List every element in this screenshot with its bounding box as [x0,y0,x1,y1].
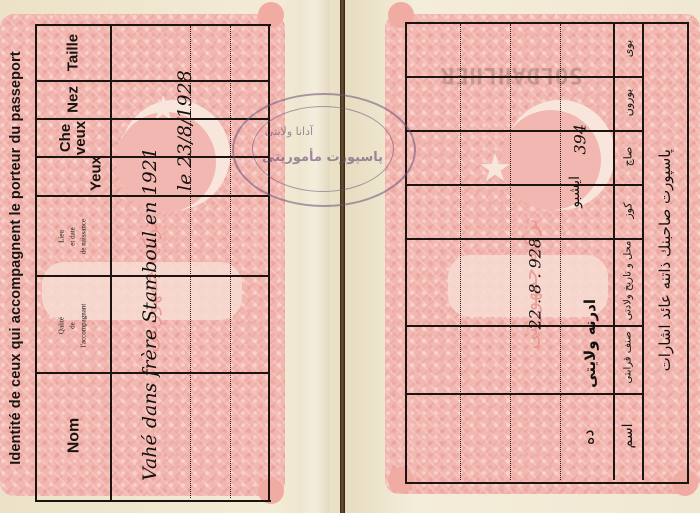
header-yeux: Yeux [89,154,104,194]
header-nom: Nom [67,414,82,458]
header-qualite-accompagnant: Qalité de l'accompagnant [57,283,90,369]
header-burun: بورون [622,80,635,126]
stamp-text-line2: پاسپورت مأموریتی [262,150,383,165]
handwritten-issuer: ادرنه ولایتی [581,299,599,399]
header-isim: اسم [620,418,636,454]
header-taille: Taille [66,28,81,78]
header-sac: صاچ [622,137,635,177]
handwritten-label: ايشبو [567,176,583,236]
handwritten-number: 394 [571,105,590,155]
header-sinif-karabet: صنف قرابتی [623,325,634,391]
right-table [405,22,689,484]
handwritten-mark: ده [579,430,598,470]
handwritten-entry-name: Vahé dans frère Stamboul en 1921 [139,21,161,481]
handwritten-entry-date: le 23/8/1928 [174,31,196,191]
page-title: Identité de ceux qui accompagnent le por… [8,28,24,488]
stamp-text-line1: آدانا ولایتی [265,125,313,138]
header-cheveux: Che veux [58,104,90,172]
right-page-title: پاسپورت صاحبنك ذاتنه عائد اشارات [656,149,674,359]
left-page: ★ ترکیه جمهوریتی Identité de ceux qui ac… [0,0,342,513]
header-goz: کوز [622,191,635,231]
header-lieu-date-naissance: Lieu et date de naissance [57,198,90,276]
header-boy: بوی [622,29,635,69]
header-mahal-tarih: محل و تاریخ ولادتی [623,236,634,326]
handwritten-date: 22 . 8 . 928 [526,220,545,330]
